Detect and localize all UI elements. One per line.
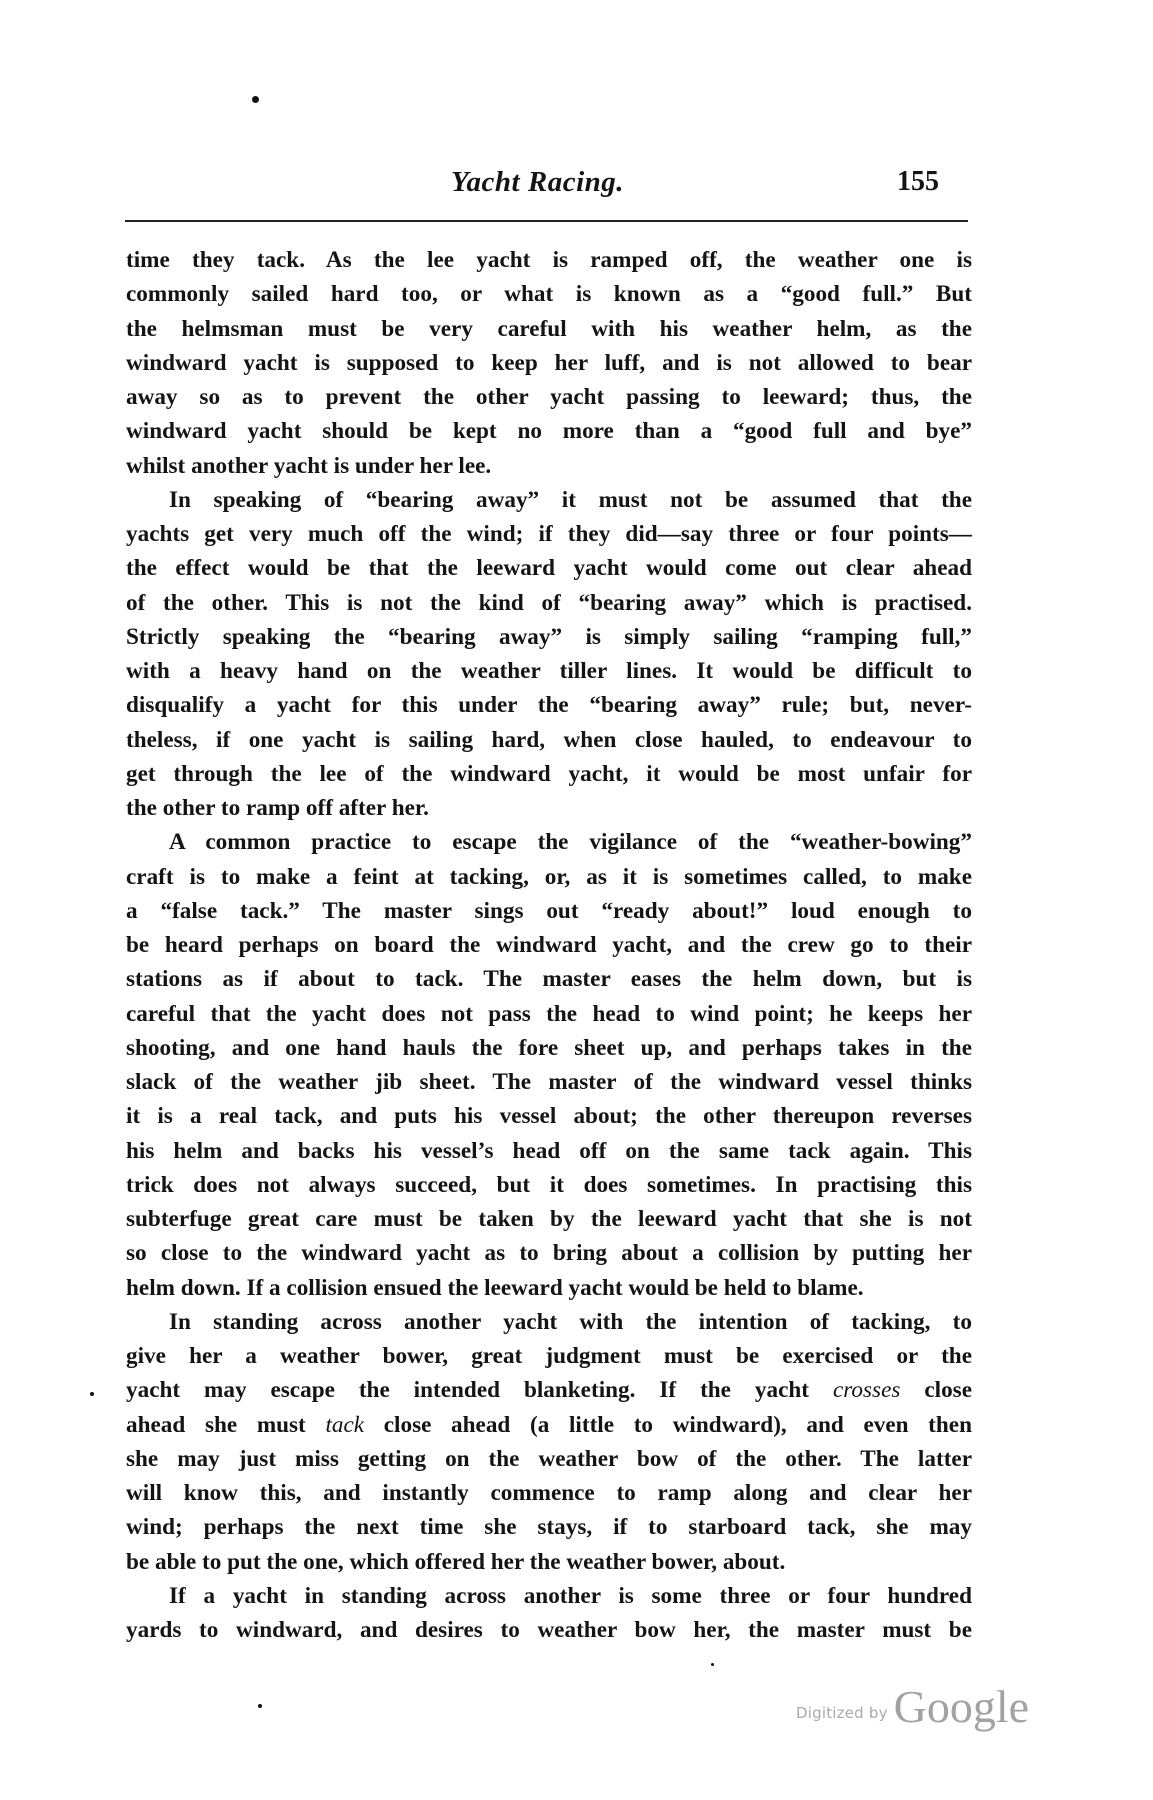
- text-line: stations as if about to tack. The master…: [126, 964, 972, 998]
- digitized-by-google-watermark: Digitized by Google: [796, 1680, 1029, 1733]
- text-line: yacht may escape the intended blanketing…: [126, 1375, 972, 1409]
- text-line: commonly sailed hard too, or what is kno…: [126, 279, 972, 313]
- text-line: Strictly speaking the “bearing away” is …: [126, 622, 972, 656]
- text-segment: yacht may escape the intended blanketing…: [126, 1377, 833, 1403]
- text-line: wind; perhaps the next time she stays, i…: [126, 1512, 972, 1546]
- text-line: In speaking of “bearing away” it must no…: [126, 485, 972, 519]
- scan-speck: [90, 1392, 94, 1396]
- text-line: disqualify a yacht for this under the “b…: [126, 690, 972, 724]
- text-line: helm down. If a collision ensued the lee…: [126, 1273, 972, 1307]
- text-line: In standing across another yacht with th…: [126, 1307, 972, 1341]
- text-line: be heard perhaps on board the windward y…: [126, 930, 972, 964]
- text-line: If a yacht in standing across another is…: [126, 1581, 972, 1615]
- text-line: get through the lee of the windward yach…: [126, 759, 972, 793]
- scan-speck: [252, 96, 259, 103]
- text-line: she may just miss getting on the weather…: [126, 1444, 972, 1478]
- text-segment: close ahead (a little to windward), and …: [364, 1412, 972, 1438]
- text-line: theless, if one yacht is sailing hard, w…: [126, 725, 972, 759]
- text-line: time they tack. As the lee yacht is ramp…: [126, 245, 972, 279]
- text-line: a “false tack.” The master sings out “re…: [126, 896, 972, 930]
- page-number: 155: [897, 166, 939, 198]
- text-line: the other to ramp off after her.: [126, 793, 972, 827]
- scan-speck: [711, 1663, 714, 1666]
- text-line: yachts get very much off the wind; if th…: [126, 519, 972, 553]
- text-line: away so as to prevent the other yacht pa…: [126, 382, 972, 416]
- body-text: time they tack. As the lee yacht is ramp…: [126, 245, 972, 1649]
- text-line: give her a weather bower, great judgment…: [126, 1341, 972, 1375]
- text-line: craft is to make a feint at tacking, or,…: [126, 862, 972, 896]
- text-line: so close to the windward yacht as to bri…: [126, 1238, 972, 1272]
- text-line: shooting, and one hand hauls the fore sh…: [126, 1033, 972, 1067]
- text-line: trick does not always succeed, but it do…: [126, 1170, 972, 1204]
- text-line: ahead she must tack close ahead (a littl…: [126, 1410, 972, 1444]
- header-rule: [125, 220, 968, 222]
- scan-speck: [258, 1704, 262, 1708]
- text-segment: close: [900, 1377, 972, 1403]
- text-segment: ahead she must: [126, 1412, 325, 1438]
- text-line: it is a real tack, and puts his vessel a…: [126, 1101, 972, 1135]
- text-line: his helm and backs his vessel’s head off…: [126, 1136, 972, 1170]
- text-line: whilst another yacht is under her lee.: [126, 451, 972, 485]
- watermark-brand: Google: [894, 1681, 1029, 1732]
- text-line: the helmsman must be very careful with h…: [126, 314, 972, 348]
- italic-term: tack: [325, 1412, 364, 1438]
- text-line: A common practice to escape the vigilanc…: [126, 827, 972, 861]
- watermark-prefix: Digitized by: [796, 1704, 888, 1722]
- running-title: Yacht Racing.: [451, 166, 624, 199]
- text-line: with a heavy hand on the weather tiller …: [126, 656, 972, 690]
- text-line: will know this, and instantly commence t…: [126, 1478, 972, 1512]
- text-line: yards to windward, and desires to weathe…: [126, 1615, 972, 1649]
- text-line: slack of the weather jib sheet. The mast…: [126, 1067, 972, 1101]
- italic-term: crosses: [833, 1377, 900, 1403]
- running-head: Yacht Racing. 155: [127, 166, 969, 202]
- text-line: windward yacht is supposed to keep her l…: [126, 348, 972, 382]
- text-line: of the other. This is not the kind of “b…: [126, 588, 972, 622]
- text-line: be able to put the one, which offered he…: [126, 1547, 972, 1581]
- text-line: subterfuge great care must be taken by t…: [126, 1204, 972, 1238]
- text-line: windward yacht should be kept no more th…: [126, 416, 972, 450]
- text-line: the effect would be that the leeward yac…: [126, 553, 972, 587]
- text-line: careful that the yacht does not pass the…: [126, 999, 972, 1033]
